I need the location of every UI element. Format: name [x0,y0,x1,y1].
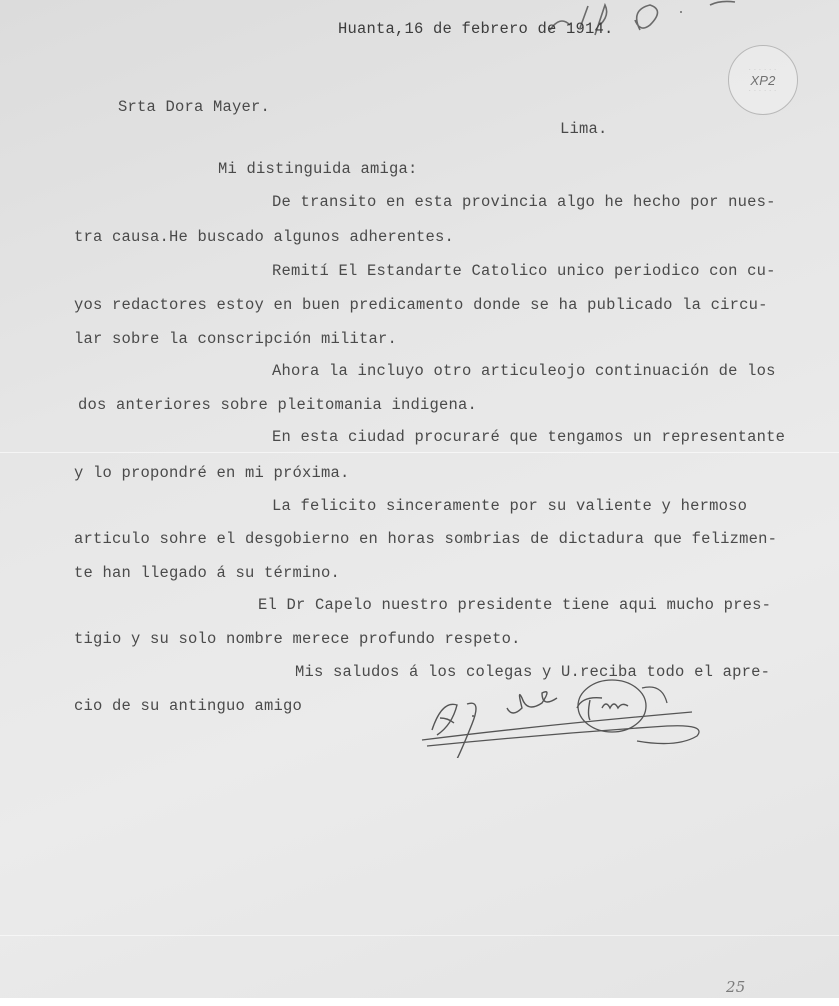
date-line: Huanta,16 de febrero de 1914. [338,20,614,38]
salutation: Mi distinguida amiga: [218,160,418,178]
body-line: Ahora la incluyo otro articuleojo contin… [272,362,776,380]
body-line: El Dr Capelo nuestro presidente tiene aq… [258,596,771,614]
stamp-ring-text-bottom: · · · · · · [749,88,777,94]
city: Lima. [560,120,608,138]
page-number: 25 [726,978,746,996]
body-line: tigio y su solo nombre merece profundo r… [74,630,521,648]
body-line: y lo propondré en mi próxima. [74,464,350,482]
body-line: De transito en esta provincia algo he he… [272,193,776,211]
body-line: te han llegado á su término. [74,564,340,582]
body-line: yos redactores estoy en buen predicament… [74,296,768,314]
body-line: Remití El Estandarte Catolico unico peri… [272,262,776,280]
paper-fold-line [0,452,839,453]
addressee: Srta Dora Mayer. [118,98,270,116]
body-line: En esta ciudad procuraré que tengamos un… [272,428,785,446]
letter-page: Huanta,16 de febrero de 1914. · · · · · … [0,0,839,998]
stamp-code: XP2 [750,73,775,88]
body-line: dos anteriores sobre pleitomania indigen… [78,396,477,414]
archive-stamp-icon: · · · · · · XP2 · · · · · · [728,45,798,115]
closing-line: cio de su antinguo amigo [74,697,302,715]
body-line: lar sobre la conscripción militar. [74,330,397,348]
signature-icon [412,668,712,758]
body-line: tra causa.He buscado algunos adherentes. [74,228,454,246]
body-line: La felicito sinceramente por su valiente… [272,497,747,515]
body-line: articulo sohre el desgobierno en horas s… [74,530,777,548]
